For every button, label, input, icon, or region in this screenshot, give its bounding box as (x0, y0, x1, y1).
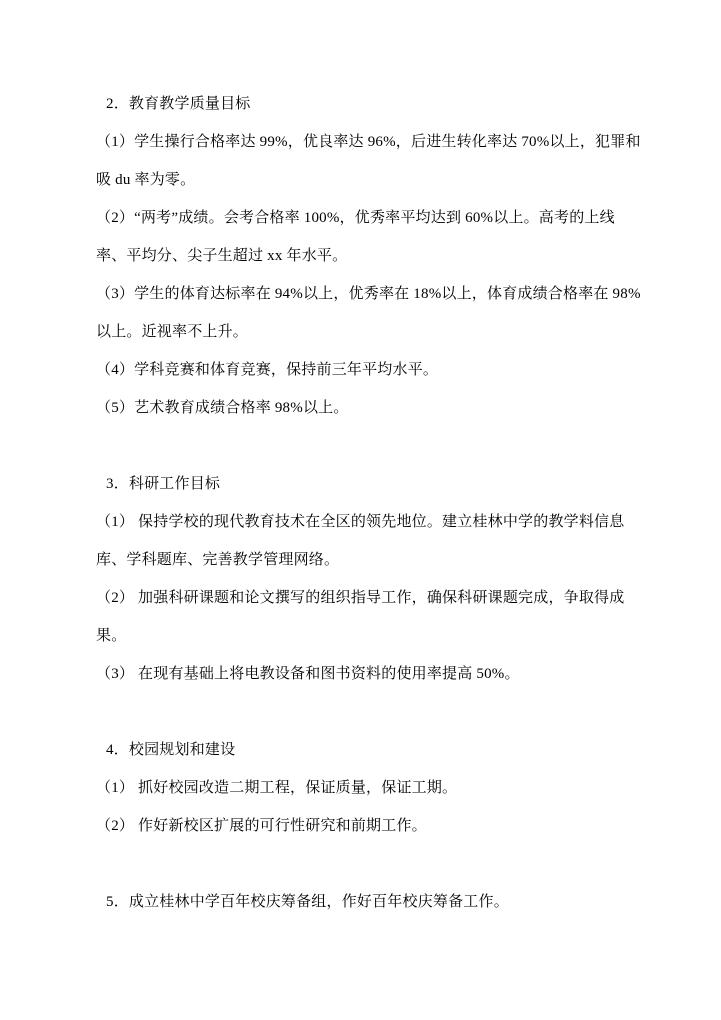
section3-item2-line2: 果。 (96, 617, 640, 655)
section2-item5: （5）艺术教育成绩合格率 98%以上。 (96, 389, 640, 427)
section-heading-4: 4．校园规划和建设 (96, 731, 640, 769)
section3-item3: （3） 在现有基础上将电教设备和图书资料的使用率提高 50%。 (96, 655, 640, 693)
section2-item2-line1: （2）“两考”成绩。会考合格率 100%，优秀率平均达到 60%以上。高考的上线 (96, 199, 640, 237)
section3-item2-line1: （2） 加强科研课题和论文撰写的组织指导工作，确保科研课题完成，争取得成 (96, 579, 640, 617)
blank-line (96, 845, 640, 883)
section-heading-2: 2．教育教学质量目标 (96, 85, 640, 123)
document-body: 2．教育教学质量目标 （1）学生操行合格率达 99%，优良率达 96%，后进生转… (96, 85, 640, 921)
section-heading-5: 5．成立桂林中学百年校庆筹备组，作好百年校庆筹备工作。 (96, 883, 640, 921)
section3-item1-line2: 库、学科题库、完善教学管理网络。 (96, 541, 640, 579)
section3-item1-line1: （1） 保持学校的现代教育技术在全区的领先地位。建立桂林中学的教学料信息 (96, 503, 640, 541)
document-page: 2．教育教学质量目标 （1）学生操行合格率达 99%，优良率达 96%，后进生转… (0, 0, 721, 1020)
section2-item2-line2: 率、平均分、尖子生超过 xx 年水平。 (96, 237, 640, 275)
section2-item4: （4）学科竞赛和体育竞赛，保持前三年平均水平。 (96, 351, 640, 389)
section4-item1: （1） 抓好校园改造二期工程，保证质量，保证工期。 (96, 769, 640, 807)
section-heading-3: 3．科研工作目标 (96, 465, 640, 503)
section4-item2: （2） 作好新校区扩展的可行性研究和前期工作。 (96, 807, 640, 845)
section2-item3-line2: 以上。近视率不上升。 (96, 313, 640, 351)
section2-item1-line1: （1）学生操行合格率达 99%，优良率达 96%，后进生转化率达 70%以上，犯… (96, 123, 640, 161)
blank-line (96, 693, 640, 731)
section2-item3-line1: （3）学生的体育达标率在 94%以上，优秀率在 18%以上，体育成绩合格率在 9… (96, 275, 640, 313)
blank-line (96, 427, 640, 465)
section2-item1-line2: 吸 du 率为零。 (96, 161, 640, 199)
